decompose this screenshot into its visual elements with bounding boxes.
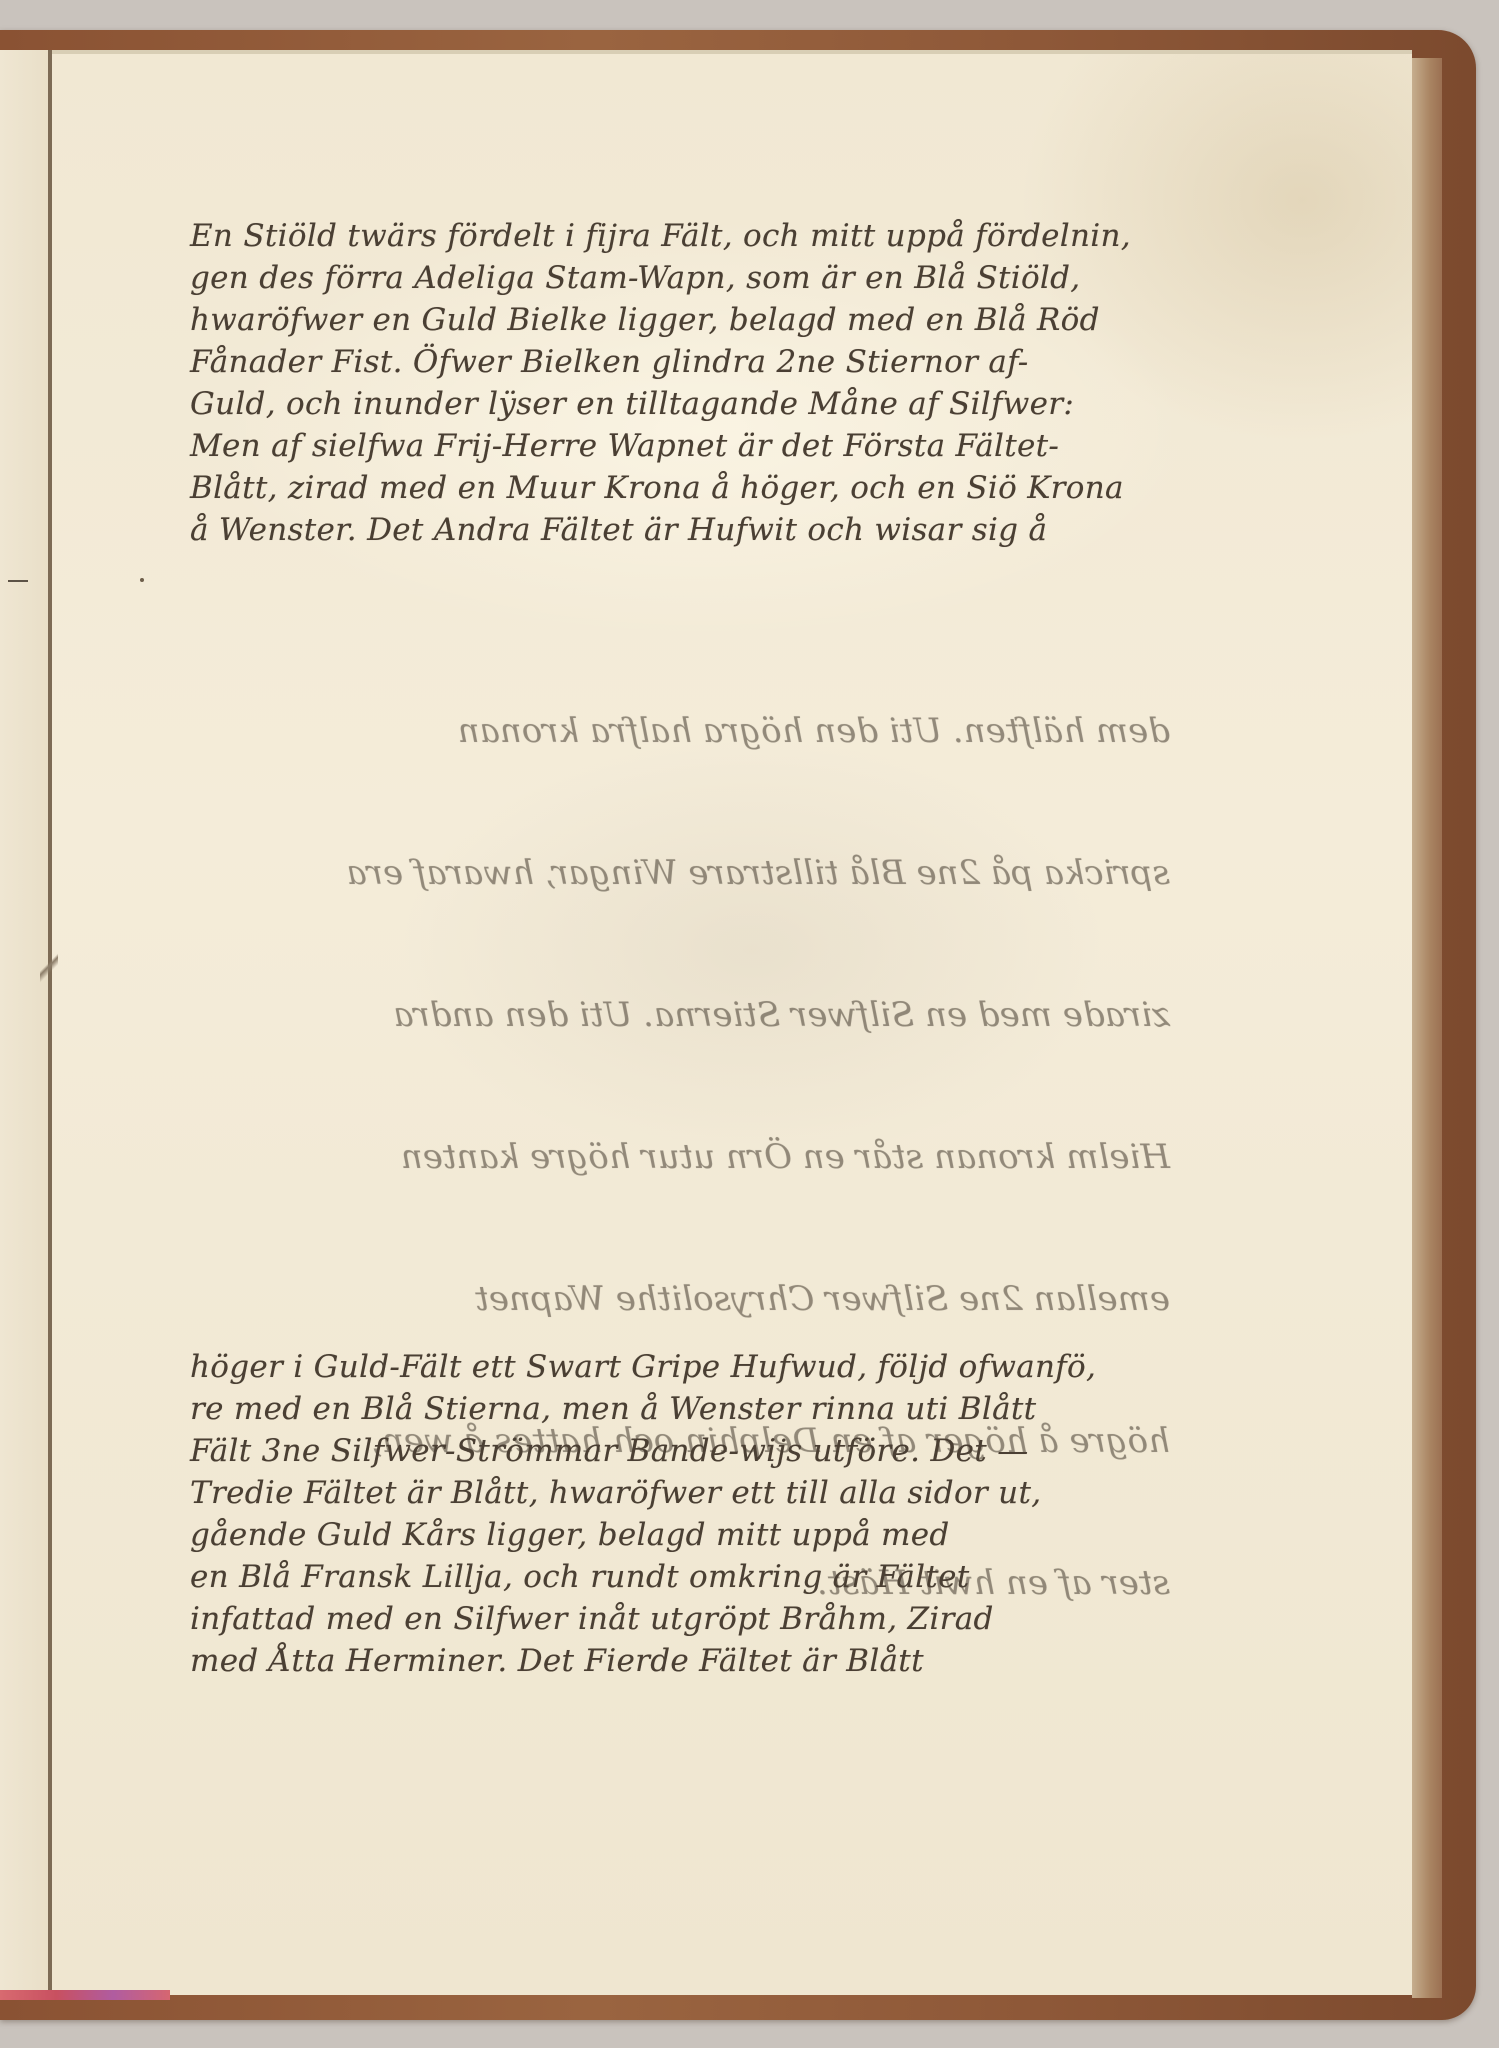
red-page-edge: [0, 1990, 170, 2000]
bleed-line: dem hälften. Uti den högra halfra kronan: [190, 710, 1170, 752]
text-line: med Åtta Herminer. Det Fierde Fältet är …: [190, 1640, 1180, 1682]
page-tear: [40, 940, 58, 1000]
ink-spot: [140, 578, 144, 582]
text-line: gående Guld Kårs ligger, belagd mitt upp…: [190, 1514, 1180, 1556]
book-gutter: [48, 50, 52, 1995]
text-line: Blått, zirad med en Muur Krona å höger, …: [190, 467, 1180, 509]
text-line: Fånader Fist. Öfwer Bielken glindra 2ne …: [190, 341, 1180, 383]
page-top-edge: [52, 50, 1412, 54]
margin-mark: [8, 580, 28, 582]
bleed-line: spricka på 2ne Blå tillstrare Wingar, hw…: [190, 852, 1170, 894]
text-line: Fält 3ne Silfwer-Strömmar Bande-wijs utf…: [190, 1430, 1180, 1472]
text-line: hwaröfwer en Guld Bielke ligger, belagd …: [190, 299, 1180, 341]
text-line: re med en Blå Stierna, men å Wenster rin…: [190, 1388, 1180, 1430]
text-line: å Wenster. Det Andra Fältet är Hufwit oc…: [190, 509, 1180, 551]
text-line: gen des förra Adeliga Stam-Wapn, som är …: [190, 257, 1180, 299]
page-fore-edge-stain: [1412, 58, 1442, 1998]
facing-page-edge: [0, 50, 48, 1995]
bleed-line: emellan 2ne Silfwer Chrysolithe Wapnet: [190, 1278, 1170, 1320]
text-line: Men af sielfwa Frij-Herre Wapnet är det …: [190, 425, 1180, 467]
bleed-line: Hielm kronan står en Örn utur högre kant…: [190, 1136, 1170, 1178]
paragraph-1: En Stiöld twärs fördelt i fijra Fält, oc…: [190, 215, 1180, 551]
text-line: en Blå Fransk Lillja, och rundt omkring …: [190, 1556, 1180, 1598]
text-line: En Stiöld twärs fördelt i fijra Fält, oc…: [190, 215, 1180, 257]
text-line: Guld, och inunder lÿser en tilltagande M…: [190, 383, 1180, 425]
text-line: infattad med en Silfwer inåt utgröpt Brå…: [190, 1598, 1180, 1640]
text-line: Tredie Fältet är Blått, hwaröfwer ett ti…: [190, 1472, 1180, 1514]
paragraph-2: höger i Guld-Fält ett Swart Gripe Hufwud…: [190, 1346, 1180, 1682]
bleed-line: zirade med en Silfwer Stierna. Uti den a…: [190, 994, 1170, 1036]
text-line: höger i Guld-Fält ett Swart Gripe Hufwud…: [190, 1346, 1180, 1388]
